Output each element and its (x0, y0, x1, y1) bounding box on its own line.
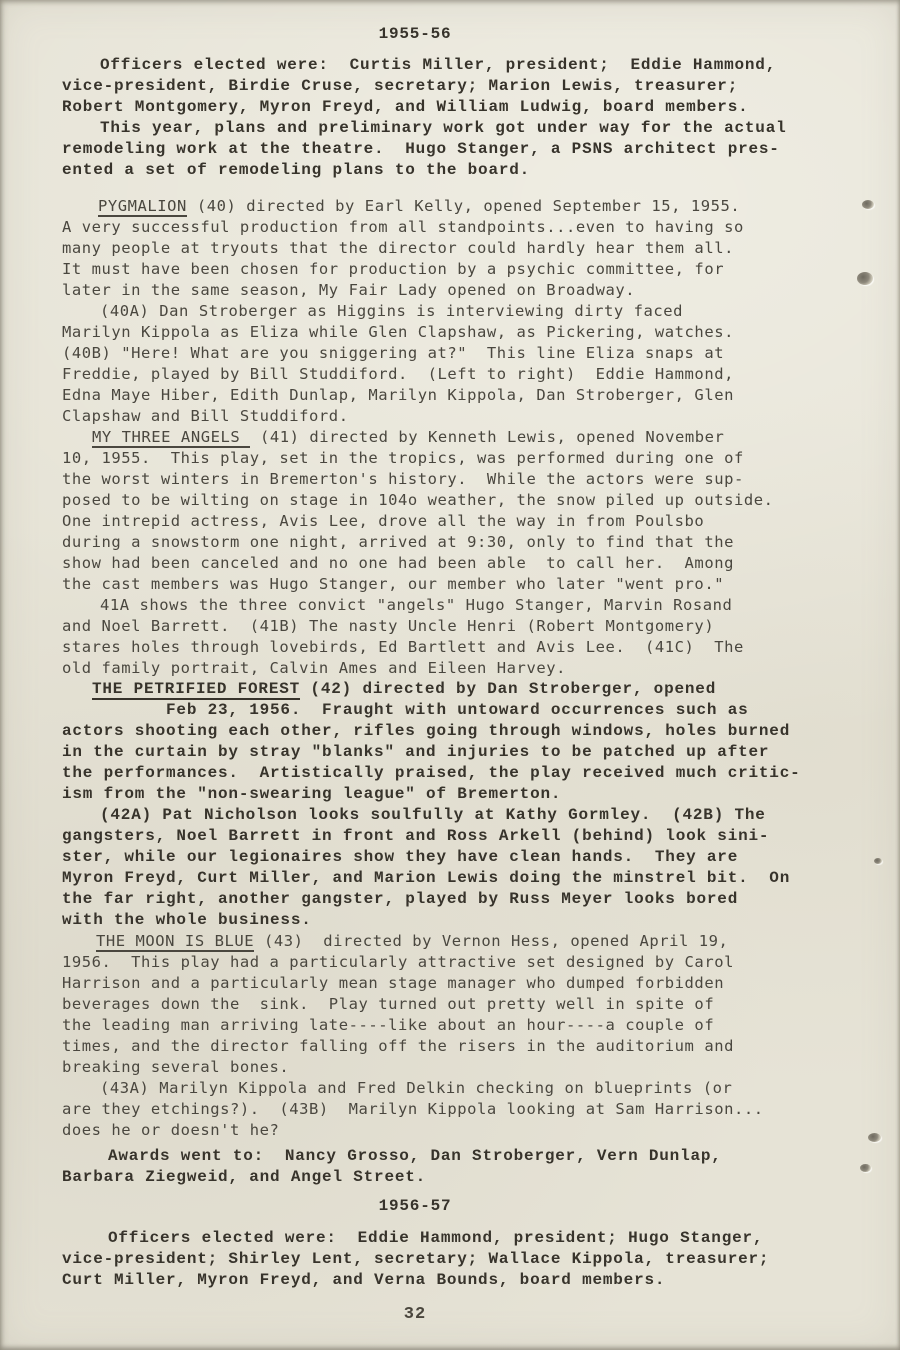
paragraph: (40A) Dan Stroberger as Higgins is inter… (62, 301, 842, 427)
text-line: with the whole business. (62, 910, 842, 931)
text-line: ster, while our legionaires show they ha… (62, 847, 842, 868)
text-line: old family portrait, Calvin Ames and Eil… (62, 658, 842, 679)
paragraph: 41A shows the three convict "angels" Hug… (62, 595, 842, 679)
paragraph: (43A) Marilyn Kippola and Fred Delkin ch… (62, 1078, 842, 1141)
text-line: vice-president, Birdie Cruse, secretary;… (62, 76, 842, 97)
binding-hole-artifact (862, 200, 874, 209)
text-line: One intrepid actress, Avis Lee, drove al… (62, 511, 842, 532)
text-line: beverages down the sink. Play turned out… (62, 994, 842, 1015)
text-line: It must have been chosen for production … (62, 259, 842, 280)
text-line: Myron Freyd, Curt Miller, and Marion Lew… (62, 868, 842, 889)
text-line: in the curtain by stray "blanks" and inj… (62, 742, 842, 763)
text-line: the leading man arriving late----like ab… (62, 1015, 842, 1036)
text-line: times, and the director falling off the … (62, 1036, 842, 1057)
text-column: 1955-56Officers elected were: Curtis Mil… (62, 0, 842, 1324)
text-line: Officers elected were: Curtis Miller, pr… (62, 55, 842, 76)
paragraph: Awards went to: Nancy Grosso, Dan Strobe… (62, 1146, 842, 1188)
text-line: are they etchings?). (43B) Marilyn Kippo… (62, 1099, 842, 1120)
play-title: THE PETRIFIED FOREST (92, 680, 300, 700)
text-line: This year, plans and preliminary work go… (62, 118, 842, 139)
text-line: (42A) Pat Nicholson looks soulfully at K… (62, 805, 842, 826)
text-line: during a snowstorm one night, arrived at… (62, 532, 842, 553)
text-line: 1956. This play had a particularly attra… (62, 952, 842, 973)
paragraph: (42A) Pat Nicholson looks soulfully at K… (62, 805, 842, 931)
play-paragraph: THE MOON IS BLUE (43) directed by Vernon… (62, 931, 842, 1078)
text-line: Edna Maye Hiber, Edith Dunlap, Marilyn K… (62, 385, 842, 406)
text-line: the cast members was Hugo Stanger, our m… (62, 574, 842, 595)
play-paragraph: PYGMALION (40) directed by Earl Kelly, o… (62, 196, 842, 301)
text-line: and Noel Barrett. (41B) The nasty Uncle … (62, 616, 842, 637)
binding-hole-artifact (857, 272, 873, 285)
text-line: the far right, another gangster, played … (62, 889, 842, 910)
text-line: A very successful production from all st… (62, 217, 842, 238)
text-line: (40B) "Here! What are you sniggering at?… (62, 343, 842, 364)
text-line: the performances. Artistically praised, … (62, 763, 842, 784)
text-line: Clapshaw and Bill Studdiford. (62, 406, 842, 427)
text-line: MY THREE ANGELS (41) directed by Kenneth… (62, 427, 842, 448)
text-line: Curt Miller, Myron Freyd, and Verna Boun… (62, 1270, 842, 1291)
text-line: PYGMALION (40) directed by Earl Kelly, o… (62, 196, 842, 217)
text-line: (40A) Dan Stroberger as Higgins is inter… (62, 301, 842, 322)
play-paragraph: THE PETRIFIED FOREST (42) directed by Da… (62, 679, 842, 805)
paragraph: Officers elected were: Curtis Miller, pr… (62, 55, 842, 118)
text-line: THE PETRIFIED FOREST (42) directed by Da… (62, 679, 842, 700)
text-line: the worst winters in Bremerton's history… (62, 469, 842, 490)
text-line: does he or doesn't he? (62, 1120, 842, 1141)
text-line: ism from the "non-swearing league" of Br… (62, 784, 842, 805)
text-line: Barbara Ziegweid, and Angel Street. (62, 1167, 842, 1188)
text-line: later in the same season, My Fair Lady o… (62, 280, 842, 301)
play-title: THE MOON IS BLUE (96, 932, 254, 952)
page-number: 32 (25, 1305, 805, 1324)
paragraph: This year, plans and preliminary work go… (62, 118, 842, 181)
scanned-page: 1955-56Officers elected were: Curtis Mil… (0, 0, 900, 1350)
text-line: (43A) Marilyn Kippola and Fred Delkin ch… (62, 1078, 842, 1099)
play-title: PYGMALION (98, 197, 187, 217)
text-line: THE MOON IS BLUE (43) directed by Vernon… (62, 931, 842, 952)
season-heading: 1955-56 (25, 24, 805, 45)
text-line: Feb 23, 1956. Fraught with untoward occu… (62, 700, 842, 721)
text-line: vice-president; Shirley Lent, secretary;… (62, 1249, 842, 1270)
play-title: MY THREE ANGELS (92, 428, 250, 448)
text-line: Officers elected were: Eddie Hammond, pr… (62, 1228, 842, 1249)
text-line: 41A shows the three convict "angels" Hug… (62, 595, 842, 616)
text-line: breaking several bones. (62, 1057, 842, 1078)
text-line: Freddie, played by Bill Studdiford. (Lef… (62, 364, 842, 385)
text-line: many people at tryouts that the director… (62, 238, 842, 259)
text-line: 10, 1955. This play, set in the tropics,… (62, 448, 842, 469)
text-line: Marilyn Kippola as Eliza while Glen Clap… (62, 322, 842, 343)
paragraph: Officers elected were: Eddie Hammond, pr… (62, 1228, 842, 1291)
binding-hole-artifact (860, 1164, 871, 1172)
text-line: show had been canceled and no one had be… (62, 553, 842, 574)
text-line: Robert Montgomery, Myron Freyd, and Will… (62, 97, 842, 118)
text-line: stares holes through lovebirds, Ed Bartl… (62, 637, 842, 658)
text-line: posed to be wilting on stage in 104o wea… (62, 490, 842, 511)
text-line: Awards went to: Nancy Grosso, Dan Strobe… (62, 1146, 842, 1167)
text-line: ented a set of remodeling plans to the b… (62, 160, 842, 181)
binding-hole-artifact (868, 1133, 881, 1142)
text-line: remodeling work at the theatre. Hugo Sta… (62, 139, 842, 160)
text-line: Harrison and a particularly mean stage m… (62, 973, 842, 994)
text-line: gangsters, Noel Barrett in front and Ros… (62, 826, 842, 847)
season-heading: 1956-57 (25, 1196, 805, 1217)
play-paragraph: MY THREE ANGELS (41) directed by Kenneth… (62, 427, 842, 595)
text-line: actors shooting each other, rifles going… (62, 721, 842, 742)
binding-hole-artifact (874, 858, 882, 864)
